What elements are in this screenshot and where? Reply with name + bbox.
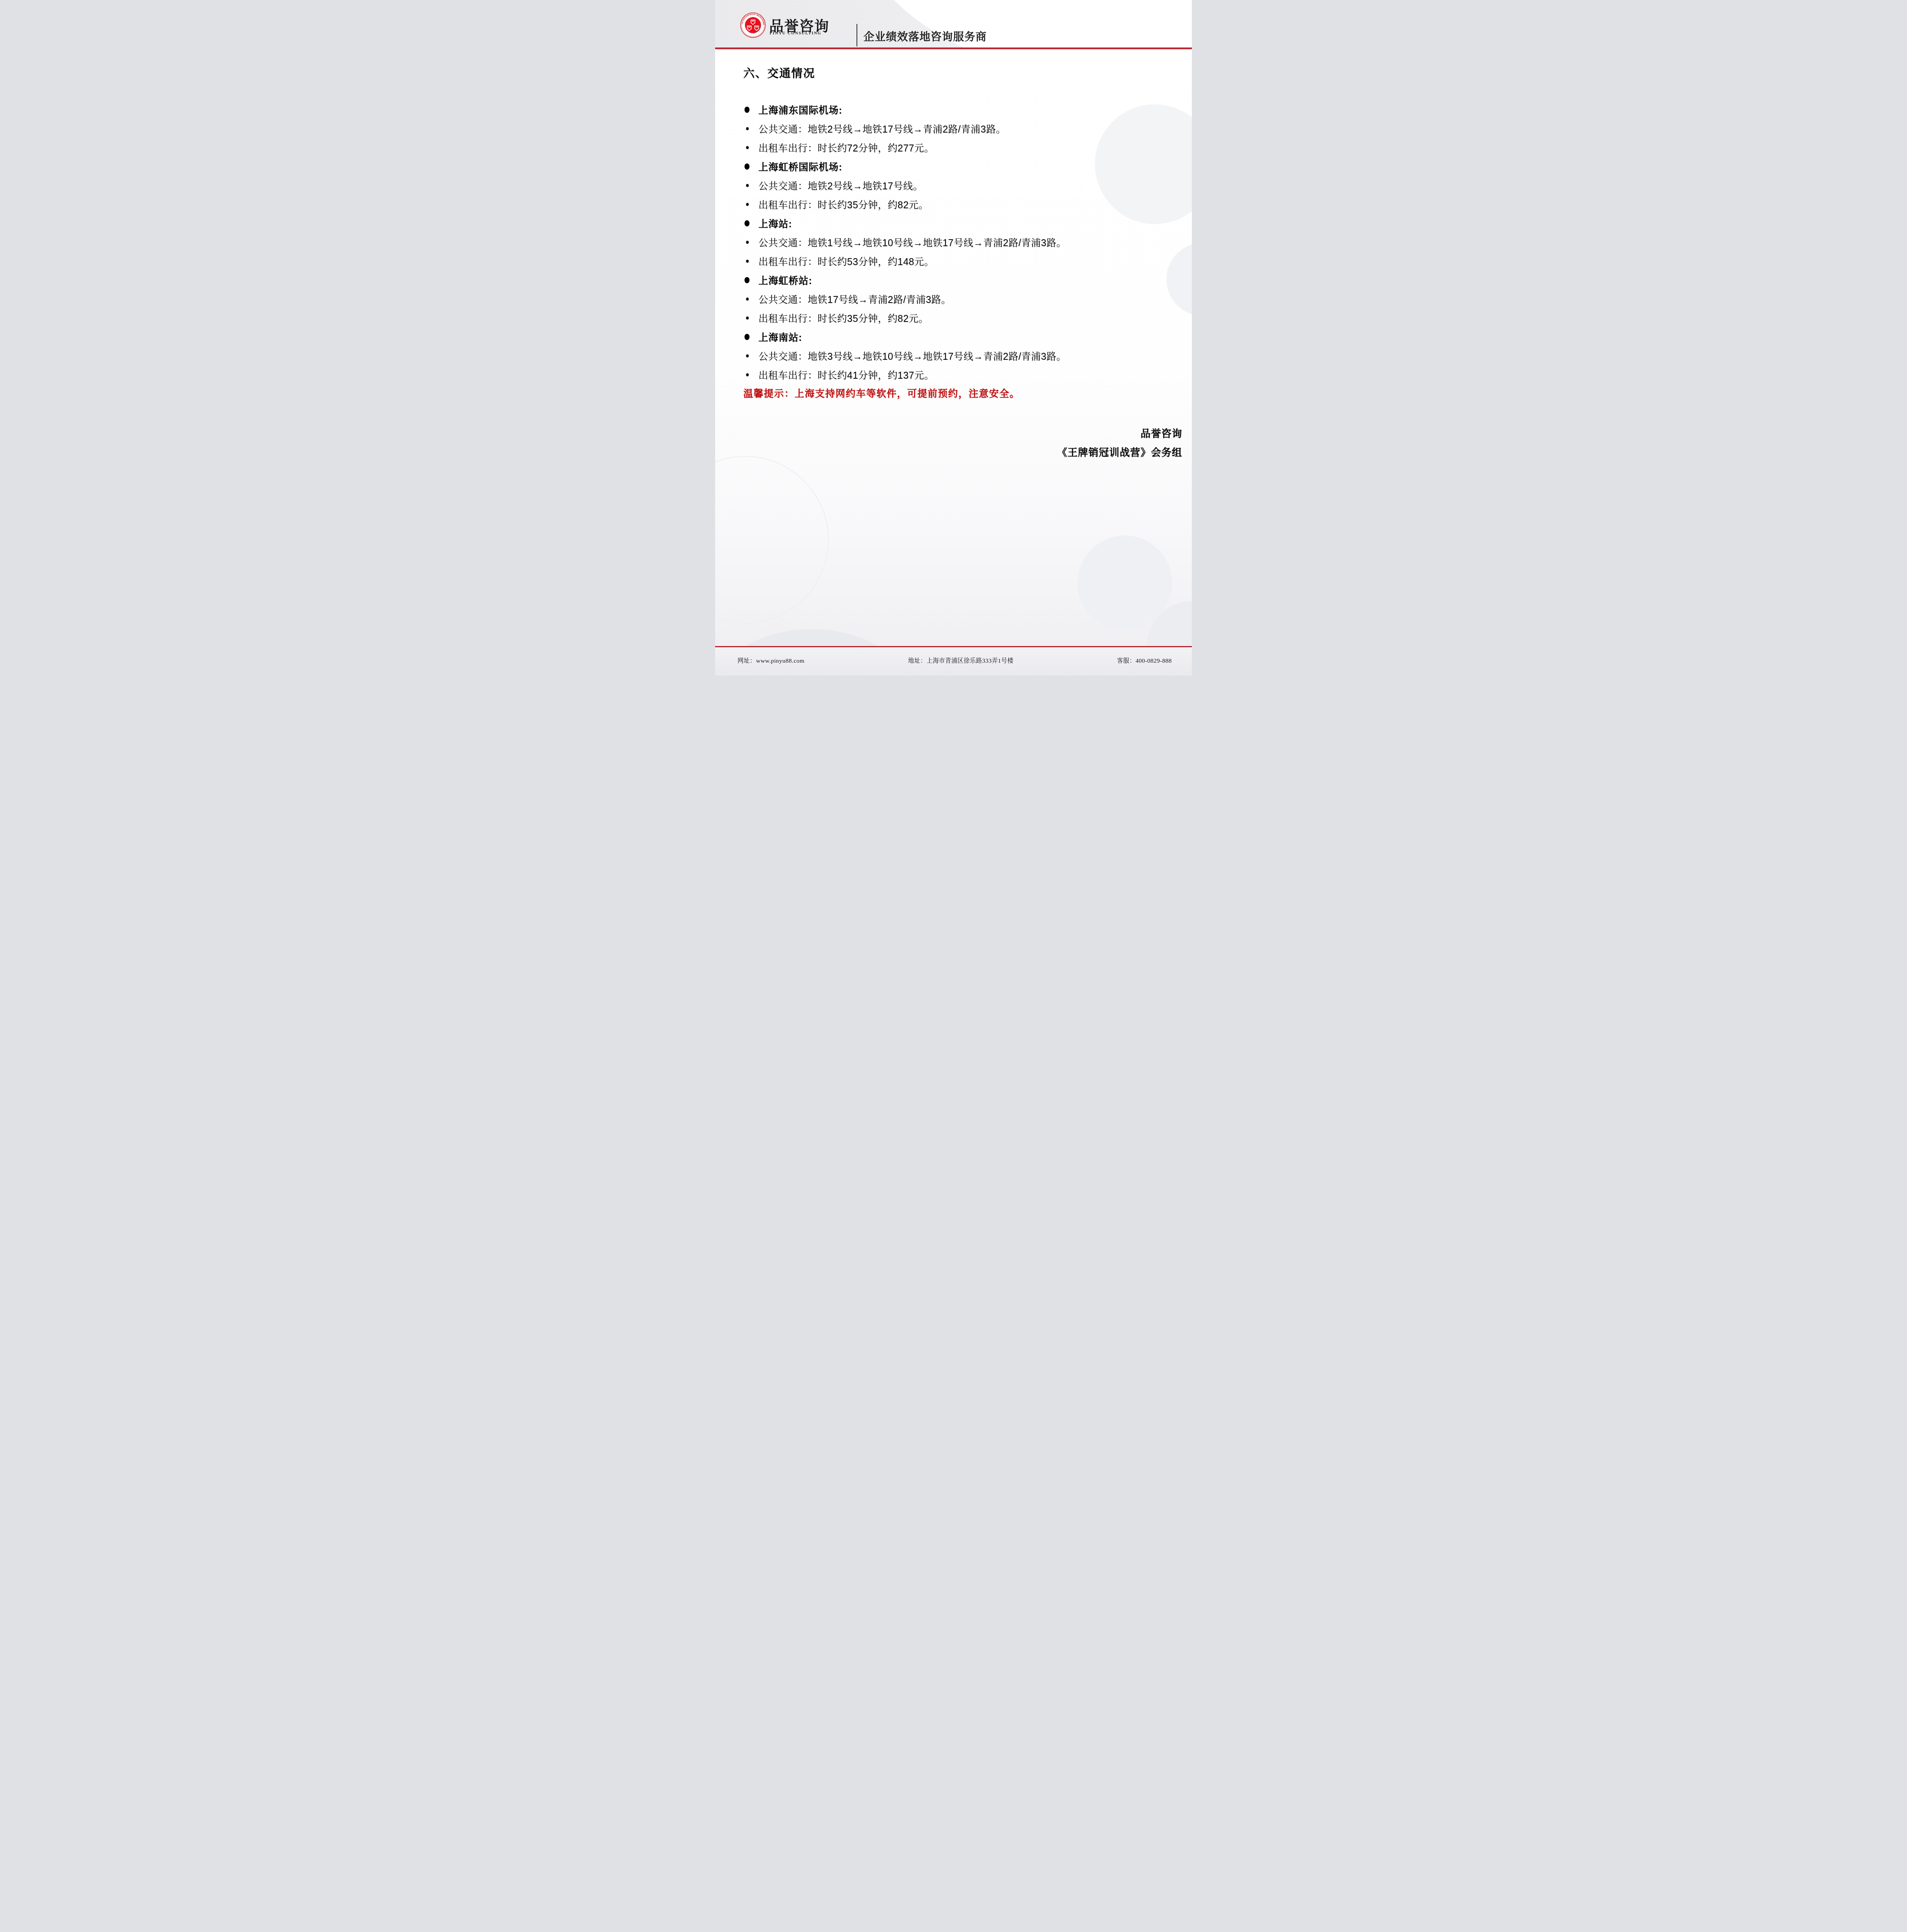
transport-detail-row: 出租车出行：时长约41分钟，约137元。 <box>715 365 1192 384</box>
transport-detail-row: 公共交通：地铁1号线→地铁10号线→地铁17号线→青浦2路/青浦3路。 <box>715 233 1192 252</box>
document-page: PINYU ENTERPRISE MANAGEMENT 2014 <box>715 0 1192 675</box>
footer-website: 网址：www.pinyu88.com <box>738 656 804 665</box>
transport-detail-row: 出租车出行：时长约35分钟，约82元。 <box>715 308 1192 327</box>
transport-detail-row: 出租车出行：时长约35分钟，约82元。 <box>715 195 1192 214</box>
footer-phone: 客服：400-0829-888 <box>1117 656 1172 665</box>
taxi-detail: 出租车出行：时长约41分钟，约137元。 <box>758 368 934 382</box>
station-row: 上海虹桥站: <box>715 270 1192 289</box>
signature-block: 品誉咨询 《王牌销冠训战营》会务组 <box>1057 424 1182 462</box>
taxi-detail: 出租车出行：时长约35分钟，约82元。 <box>758 197 928 211</box>
public-transit-detail: 公共交通：地铁1号线→地铁10号线→地铁17号线→青浦2路/青浦3路。 <box>758 235 1066 249</box>
station-name: 上海虹桥站: <box>758 273 812 287</box>
header-rule <box>715 48 1192 49</box>
section-bullet-icon <box>744 277 750 283</box>
transport-detail-row: 出租车出行：时长约72分钟，约277元。 <box>715 138 1192 157</box>
item-bullet-icon <box>746 184 749 187</box>
taxi-detail: 出租车出行：时长约53分钟，约148元。 <box>758 254 934 268</box>
page-title: 六、交通情况 <box>743 65 815 81</box>
station-name: 上海南站: <box>758 330 802 344</box>
header: PINYU ENTERPRISE MANAGEMENT 2014 <box>715 0 1192 48</box>
transport-detail-row: 公共交通：地铁3号线→地铁10号线→地铁17号线→青浦2路/青浦3路。 <box>715 346 1192 365</box>
station-row: 上海南站: <box>715 327 1192 346</box>
header-divider <box>857 24 857 46</box>
footer-rule <box>715 646 1192 647</box>
item-bullet-icon <box>746 373 749 376</box>
item-bullet-icon <box>746 260 749 263</box>
station-row: 上海站: <box>715 214 1192 233</box>
brand-tagline: 企业绩效落地咨询服务商 <box>863 29 987 44</box>
public-transit-detail: 公共交通：地铁3号线→地铁10号线→地铁17号线→青浦2路/青浦3路。 <box>758 349 1066 363</box>
transport-detail-row: 公共交通：地铁2号线→地铁17号线→青浦2路/青浦3路。 <box>715 119 1192 138</box>
brand-name-en: PINYU CONSULTING <box>770 31 821 36</box>
safety-notice: 温馨提示：上海支持网约车等软件，可提前预约，注意安全。 <box>743 386 1020 400</box>
footer: 网址：www.pinyu88.com 地址：上海市青浦区徐乐路333弄1号楼 客… <box>715 656 1192 665</box>
bg-circle-ring <box>715 456 829 624</box>
public-transit-detail: 公共交通：地铁17号线→青浦2路/青浦3路。 <box>758 292 951 306</box>
item-bullet-icon <box>746 127 749 130</box>
station-row: 上海浦东国际机场: <box>715 100 1192 119</box>
section-bullet-icon <box>744 163 750 170</box>
transport-detail-row: 公共交通：地铁2号线→地铁17号线。 <box>715 176 1192 195</box>
taxi-detail: 出租车出行：时长约72分钟，约277元。 <box>758 141 934 155</box>
item-bullet-icon <box>746 146 749 149</box>
public-transit-detail: 公共交通：地铁2号线→地铁17号线→青浦2路/青浦3路。 <box>758 122 1006 136</box>
station-name: 上海浦东国际机场: <box>758 103 842 117</box>
item-bullet-icon <box>746 354 749 357</box>
station-row: 上海虹桥国际机场: <box>715 157 1192 176</box>
section-bullet-icon <box>744 334 750 340</box>
company-logo-icon: PINYU ENTERPRISE MANAGEMENT 2014 <box>740 12 766 38</box>
section-bullet-icon <box>744 220 750 226</box>
item-bullet-icon <box>746 241 749 244</box>
footer-address: 地址：上海市青浦区徐乐路333弄1号楼 <box>908 656 1013 665</box>
transport-detail-row: 公共交通：地铁17号线→青浦2路/青浦3路。 <box>715 289 1192 308</box>
taxi-detail: 出租车出行：时长约35分钟，约82元。 <box>758 311 928 325</box>
item-bullet-icon <box>746 316 749 320</box>
signature-company: 品誉咨询 <box>1057 424 1182 443</box>
transport-detail-row: 出租车出行：时长约53分钟，约148元。 <box>715 252 1192 270</box>
station-name: 上海站: <box>758 216 792 230</box>
item-bullet-icon <box>746 298 749 301</box>
section-bullet-icon <box>744 107 750 113</box>
item-bullet-icon <box>746 203 749 206</box>
public-transit-detail: 公共交通：地铁2号线→地铁17号线。 <box>758 179 923 192</box>
signature-committee: 《王牌销冠训战营》会务组 <box>1057 443 1182 462</box>
transport-list: 上海浦东国际机场: 公共交通：地铁2号线→地铁17号线→青浦2路/青浦3路。 出… <box>715 100 1192 384</box>
station-name: 上海虹桥国际机场: <box>758 160 842 173</box>
